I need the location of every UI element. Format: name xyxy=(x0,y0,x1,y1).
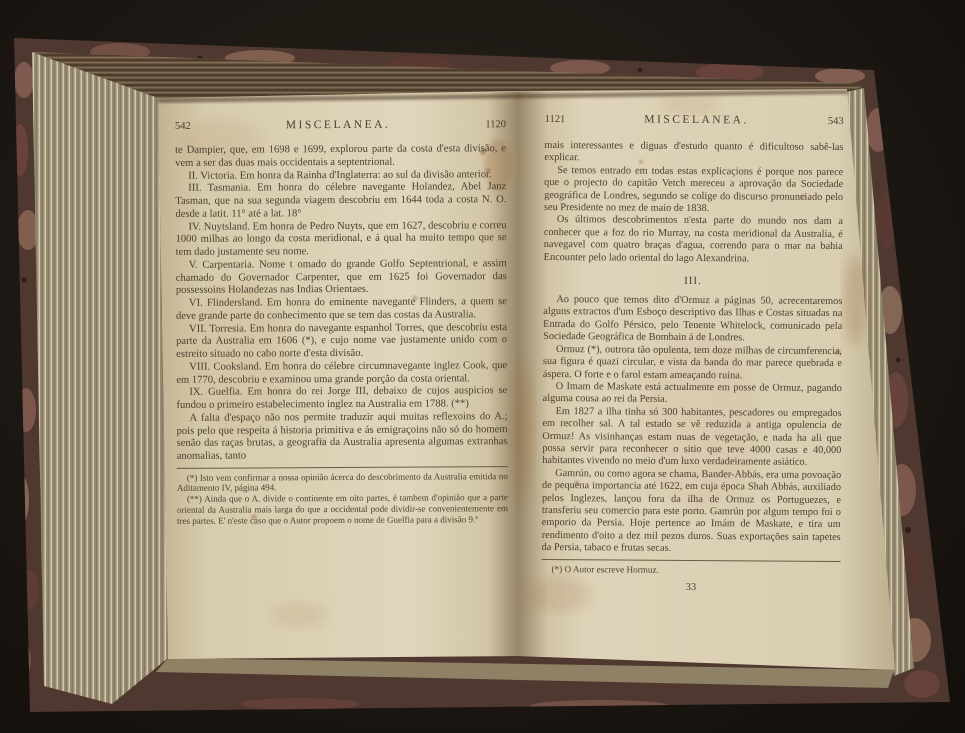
fore-edge-page-stack-left xyxy=(32,52,168,704)
right-running-title: MISCELANEA. xyxy=(644,114,749,127)
body-paragraph: Ao pouco que temos dito d'Ormuz a página… xyxy=(543,294,842,346)
body-paragraph: A falta d'espaço não nos permite traduzi… xyxy=(176,411,507,464)
right-page: 1121 MISCELANEA. 543 mais interessantes … xyxy=(541,113,843,594)
section-heading: III. xyxy=(543,274,842,288)
body-paragraph: V. Carpentaria. Nome t omado do grande G… xyxy=(176,258,507,298)
left-running-title: MISCELANEA. xyxy=(286,119,391,132)
right-column-number: 1121 xyxy=(545,114,566,125)
footnote: (*) O Autor escreve Hormuz. xyxy=(541,564,840,577)
body-paragraph: mais interessantes e diguas d'estudo qua… xyxy=(544,140,843,167)
body-paragraph: Em 1827 a ilha tinha só 300 habitantes, … xyxy=(542,406,841,470)
body-paragraph: Os últimos descobrimentos n'esta parte d… xyxy=(544,214,843,266)
left-page-header: 542 MISCELANEA. 1120 xyxy=(175,118,506,132)
body-paragraph: IV. Nuytsland. Em honra de Pedro Nuyts, … xyxy=(175,220,506,260)
left-page: 542 MISCELANEA. 1120 te Dampier, que, em… xyxy=(175,118,508,526)
signature-mark: 33 xyxy=(541,581,840,594)
right-page-body: mais interessantes e diguas d'estudo qua… xyxy=(542,140,844,557)
body-paragraph: te Dampier, que, em 1698 e 1699, exploro… xyxy=(175,143,506,170)
open-book-photo: 542 MISCELANEA. 1120 te Dampier, que, em… xyxy=(0,0,965,733)
left-page-footnotes: (*) Isto vem confirmar a nossa opinião á… xyxy=(177,466,508,526)
body-paragraph: O Imam de Maskate está actualmente em po… xyxy=(543,381,842,408)
body-paragraph: VI. Flindersland. Em honra do eminente n… xyxy=(176,296,507,323)
body-paragraph: VIII. Cooksland. Em honra do célebre cir… xyxy=(176,360,507,387)
left-page-number: 542 xyxy=(175,121,191,132)
left-column-number: 1120 xyxy=(485,119,506,130)
footnote: (**) Ainda que o A. divide o continente … xyxy=(177,492,508,526)
body-paragraph: Se temos entrado em todas estas explicaç… xyxy=(544,165,843,217)
body-paragraph: Gamrún, ou como agora se chama, Bander-A… xyxy=(542,468,842,557)
body-paragraph: Ormuz (*), outrora tão opulenta, tem doz… xyxy=(543,344,842,383)
footnote: (*) Isto vem confirmar a nossa opinião á… xyxy=(177,471,508,494)
body-paragraph: IX. Guelfia. Em honra do rei Jorge III, … xyxy=(176,385,507,412)
body-paragraph: VII. Torresia. Em honra do navegante esp… xyxy=(176,322,507,362)
right-page-header: 1121 MISCELANEA. 543 xyxy=(545,113,844,127)
right-page-footnotes: (*) O Autor escreve Hormuz. xyxy=(541,559,840,577)
right-page-number: 543 xyxy=(828,116,844,127)
left-page-body: te Dampier, que, em 1698 e 1699, exploro… xyxy=(175,143,508,463)
body-paragraph: III. Tasmania. Em honra do célebre naveg… xyxy=(175,181,506,221)
